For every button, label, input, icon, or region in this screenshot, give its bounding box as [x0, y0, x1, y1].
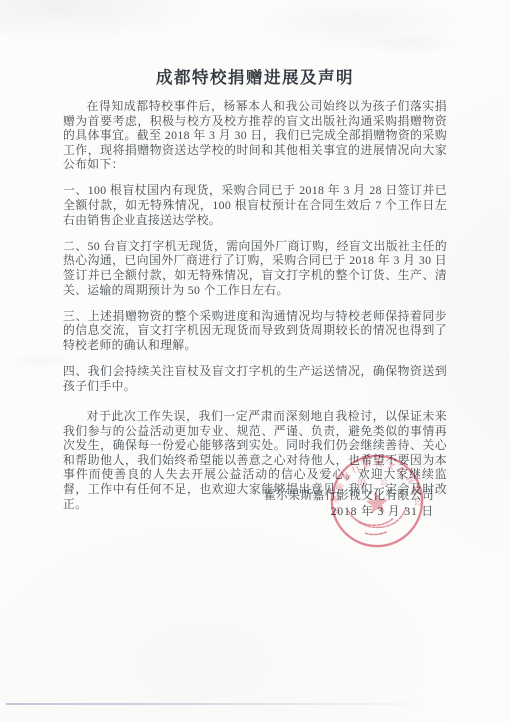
paragraph-item-1: 一、100 根盲杖国内有现货，采购合同已于 2018 年 3 月 28 日签订并…	[63, 183, 447, 227]
scanned-document-page: 成都特校捐赠进展及声明 在得知成都特校事件后，杨幂本人和我公司始终以为孩子们落实…	[0, 0, 510, 722]
document-title: 成都特校捐赠进展及声明	[0, 64, 510, 88]
paragraph-item-4: 四、我们会持续关注盲杖及盲文打字机的生产运送情况，确保物资送到孩子们手中。	[63, 364, 447, 393]
document-body: 在得知成都特校事件后，杨幂本人和我公司始终以为孩子们落实捐赠为首要考虑，积极与校…	[63, 99, 447, 523]
paragraph-item-2: 二、50 台盲文打字机无现货，需向国外厂商订购，经盲文出版社主任的热心沟通，已向…	[63, 239, 447, 297]
signature-company-name: 霍尔果斯嘉行影视文化有限公司	[0, 489, 434, 502]
scan-edge-artifact	[6, 703, 418, 705]
paragraph-item-3: 三、上述捐赠物资的整个采购进度和沟通情况均与特校老师保持着同步的信息交流，盲文打…	[63, 309, 447, 353]
signature-date: 2018 年 3 月 31 日	[0, 505, 434, 518]
signature-block: 霍尔果斯嘉行影视文化有限公司 2018 年 3 月 31 日	[0, 489, 434, 518]
paragraph-intro: 在得知成都特校事件后，杨幂本人和我公司始终以为孩子们落实捐赠为首要考虑，积极与校…	[63, 99, 447, 172]
